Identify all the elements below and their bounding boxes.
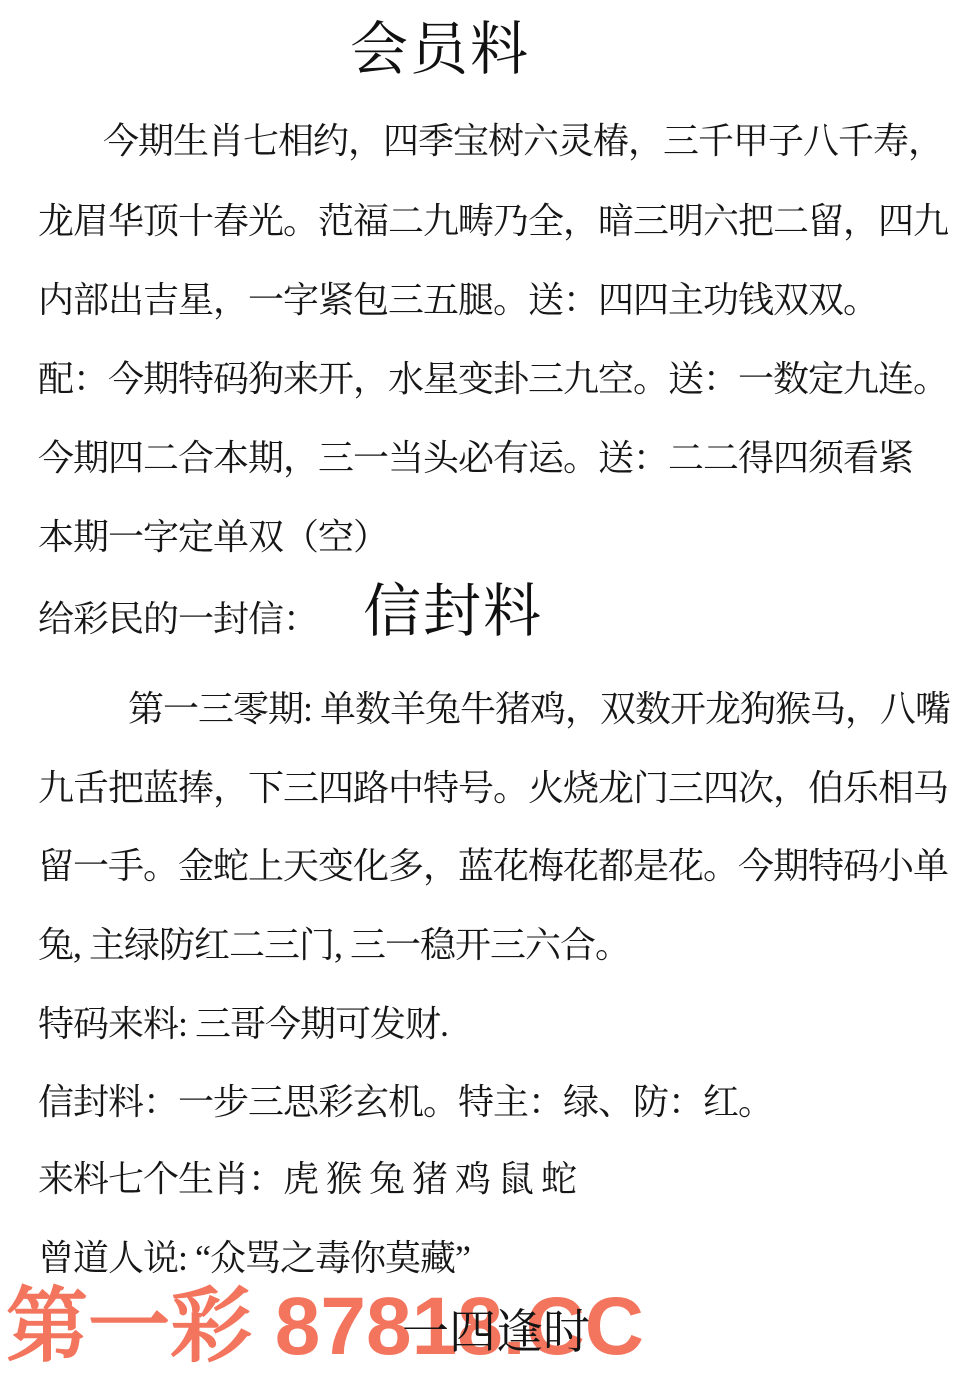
member-section-title: 会员料: [0, 18, 880, 82]
member-line-3: 内部出吉星，一字紧包三五腿。送：四四主功钱双双。: [38, 279, 878, 322]
member-line-6: 本期一字定单双（空）: [38, 516, 388, 559]
member-line-5: 今期四二合本期，三一当头必有运。送：二二得四须看紧: [38, 437, 913, 480]
letter-to-punters-label: 给彩民的一封信：: [38, 598, 318, 641]
member-line-2: 龙眉华顶十春光。范福二九畴乃全，暗三明六把二留，四九: [38, 200, 948, 243]
handwritten-overlay-text: 一四逢时: [402, 1305, 590, 1361]
member-line-1: 今期生肖七相约，四季宝树六灵椿，三千甲子八千寿，: [103, 120, 943, 163]
envelope-line-3: 留一手。金蛇上天变化多，蓝花梅花都是花。今期特码小单: [38, 845, 948, 888]
envelope-line-2: 九舌把蓝捧，下三四路中特号。火烧龙门三四次，伯乐相马: [38, 767, 948, 810]
envelope-line-6: 信封料：一步三思彩玄机。特主：绿、防：红。: [38, 1081, 773, 1124]
envelope-line-8: 曾道人说: “众骂之毒你莫藏”: [38, 1237, 470, 1280]
envelope-line-5: 特码来料: 三哥今期可发财.: [38, 1003, 448, 1046]
envelope-line-1: 第一三零期: 单数羊兔牛猪鸡，双数开龙狗猴马，八嘴: [128, 688, 950, 731]
member-line-4: 配：今期特码狗来开，水星变卦三九空。送：一数定九连。: [38, 358, 948, 401]
envelope-section-title: 信封料: [363, 580, 543, 644]
envelope-line-7: 来料七个生肖：虎 猴 兔 猪 鸡 鼠 蛇: [38, 1158, 576, 1201]
envelope-line-4: 兔, 主绿防红二三门, 三一稳开三六合。: [38, 924, 630, 967]
